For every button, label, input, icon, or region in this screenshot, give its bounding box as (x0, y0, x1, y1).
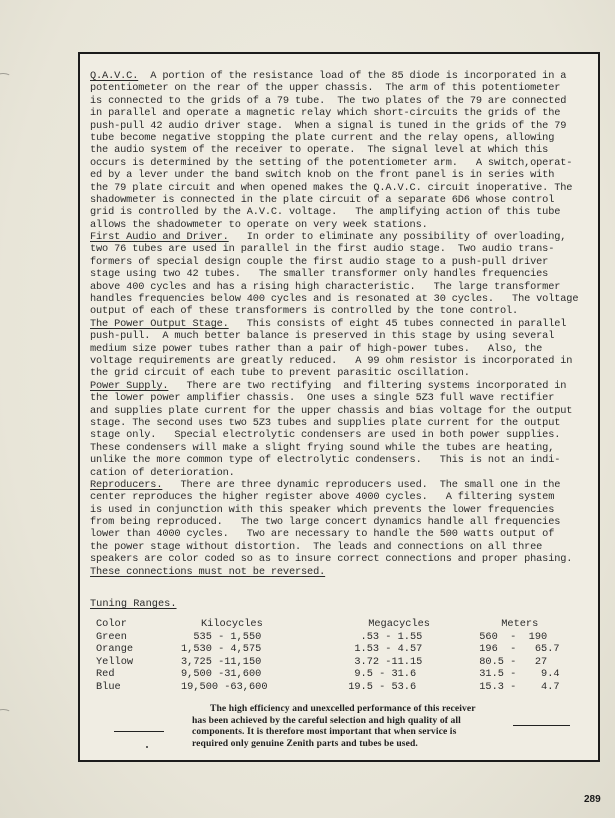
section-text: shadowmeter is connected in the plate ci… (90, 194, 554, 206)
text-line: potentiometer on the rear of the upper c… (90, 82, 595, 94)
punch-hole-bottom (0, 705, 22, 743)
tuning-ranges-heading: Tuning Ranges. (90, 598, 177, 610)
section-text: above 400 cycles and has a rising high c… (90, 281, 560, 293)
cell-color: Yellow (90, 656, 165, 669)
table-row: Blue19,500 -63,60019.5 - 53.615.3 - 4.7 (90, 681, 598, 694)
cell-meters: 31.5 - 9.4 (479, 668, 598, 681)
table-row: Yellow3,725 -11,150 3.72 -11.1580.5 - 27 (90, 656, 598, 669)
cell-color: Green (90, 631, 165, 644)
text-line: Power Supply. There are two rectifying a… (90, 380, 595, 392)
section-text: There are three dynamic reproducers used… (162, 479, 560, 491)
notice-line: required only genuine Zenith parts and t… (192, 738, 492, 750)
text-line: Reproducers. There are three dynamic rep… (90, 479, 595, 491)
section-heading: Reproducers. (90, 479, 162, 491)
section-text: formers of special design couple the fir… (90, 256, 548, 268)
section-text: There are two rectifying and filtering s… (168, 380, 566, 392)
section-text: output of each of these transformers is … (90, 305, 518, 317)
text-line: lower than 4000 cycles. Two are necessar… (90, 528, 595, 540)
section-text: the grid circuit of each tube to prevent… (90, 367, 470, 379)
section-text: handles frequencies below 400 cycles and… (90, 293, 578, 305)
text-line: The Power Output Stage. This consists of… (90, 318, 595, 330)
cell-kilocycles: 19,500 -63,600 (165, 681, 348, 694)
section-text: two 76 tubes are used in parallel in the… (90, 243, 554, 255)
text-line: center reproduces the higher register ab… (90, 491, 595, 503)
cell-meters: 15.3 - 4.7 (479, 681, 598, 694)
table-row: Green 535 - 1,550 .53 - 1.55560 - 190 (90, 631, 598, 644)
section-text: In order to eliminate any possibility of… (229, 231, 567, 243)
text-line: stage. The second uses two 5Z3 tubes and… (90, 417, 595, 429)
section-text: stage only. Special electrolytic condens… (90, 429, 560, 441)
section-text: push-pull. A much better balance is pres… (90, 330, 554, 342)
text-line: stage only. Special electrolytic condens… (90, 429, 595, 441)
text-line: push-pull. A much better balance is pres… (90, 330, 595, 342)
text-line: from being reproduced. The two large con… (90, 516, 595, 528)
page-number: 289 (584, 794, 601, 805)
text-line: stage using two 42 tubes. The smaller tr… (90, 268, 595, 280)
section-heading: The Power Output Stage. (90, 318, 229, 330)
cell-kilocycles: 535 - 1,550 (165, 631, 348, 644)
text-line: the power stage without distortion. The … (90, 541, 595, 553)
text-line: occurs is determined by the setting of t… (90, 157, 595, 169)
cell-color: Red (90, 668, 165, 681)
tuning-ranges-table: Color Kilocycles Megacycles Meters Green… (90, 618, 598, 694)
text-line: First Audio and Driver. In order to elim… (90, 231, 595, 243)
text-line: shadowmeter is connected in the plate ci… (90, 194, 595, 206)
section-text: the audio system of the receiver to oper… (90, 144, 548, 156)
text-line: Q.A.V.C. A portion of the resistance loa… (90, 70, 595, 82)
section-text: unlike the more common type of electroly… (90, 454, 560, 466)
section-text: occurs is determined by the setting of t… (90, 157, 572, 169)
service-notice: The high efficiency and unexcelled perfo… (192, 703, 492, 749)
section-heading: First Audio and Driver. (90, 231, 229, 243)
text-line: These condensers will make a slight fryi… (90, 442, 595, 454)
section-text: tube become negative stopping the plate … (90, 132, 554, 144)
cell-megacycles: 1.53 - 4.57 (348, 643, 479, 656)
cell-megacycles: 3.72 -11.15 (348, 656, 479, 669)
cell-kilocycles: 3,725 -11,150 (165, 656, 348, 669)
text-line: ed by a lever under the band switch knob… (90, 169, 595, 181)
section-text: is connected to the grids of a 79 tube. … (90, 95, 566, 107)
section-text: voltage requirements are greatly reduced… (90, 355, 572, 367)
cell-meters: 80.5 - 27 (479, 656, 598, 669)
text-line: grid is controlled by the A.V.C. voltage… (90, 206, 595, 218)
section-text: center reproduces the higher register ab… (90, 491, 554, 503)
section-text: push-pull 42 audio driver stage. When a … (90, 120, 566, 132)
text-line: cation of deterioration. (90, 467, 595, 479)
text-line: tube become negative stopping the plate … (90, 132, 595, 144)
emphasis-warning: These connections must not be reversed. (90, 566, 325, 578)
text-line: is used in conjunction with this speaker… (90, 504, 595, 516)
text-line: medium size power tubes rather than a pa… (90, 343, 595, 355)
decorative-dot (146, 746, 148, 748)
cell-meters: 560 - 190 (479, 631, 598, 644)
text-line: unlike the more common type of electroly… (90, 454, 595, 466)
text-line: above 400 cycles and has a rising high c… (90, 281, 595, 293)
body-text: Q.A.V.C. A portion of the resistance loa… (90, 70, 595, 578)
section-text: A portion of the resistance load of the … (138, 70, 566, 82)
text-line: These connections must not be reversed. (90, 566, 595, 578)
section-text: the power stage without distortion. The … (90, 541, 542, 553)
section-text: potentiometer on the rear of the upper c… (90, 82, 560, 94)
text-line: voltage requirements are greatly reduced… (90, 355, 595, 367)
decorative-rule-right (513, 725, 570, 726)
document-frame: Q.A.V.C. A portion of the resistance loa… (78, 52, 600, 762)
section-text: stage using two 42 tubes. The smaller tr… (90, 268, 548, 280)
section-text: in parallel and operate a magnetic relay… (90, 107, 560, 119)
section-heading: Power Supply. (90, 380, 168, 392)
cell-megacycles: 19.5 - 53.6 (348, 681, 479, 694)
text-line: the 79 plate circuit and when opened mak… (90, 182, 595, 194)
cell-kilocycles: 1,530 - 4,575 (165, 643, 348, 656)
text-line: two 76 tubes are used in parallel in the… (90, 243, 595, 255)
text-line: push-pull 42 audio driver stage. When a … (90, 120, 595, 132)
section-text: the lower power amplifier chassis. One u… (90, 392, 554, 404)
cell-color: Orange (90, 643, 165, 656)
notice-line: The high efficiency and unexcelled perfo… (192, 703, 492, 715)
section-heading: Q.A.V.C. (90, 70, 138, 82)
cell-kilocycles: 9,500 -31,600 (165, 668, 348, 681)
section-text: stage. The second uses two 5Z3 tubes and… (90, 417, 560, 429)
text-line: the audio system of the receiver to oper… (90, 144, 595, 156)
section-text: is used in conjunction with this speaker… (90, 504, 554, 516)
section-text: lower than 4000 cycles. Two are necessar… (90, 528, 554, 540)
text-line: and supplies plate current for the upper… (90, 405, 595, 417)
decorative-rule-left (114, 731, 164, 732)
notice-line: components. It is therefore most importa… (192, 726, 492, 738)
table-header-row: Color Kilocycles Megacycles Meters (90, 618, 598, 631)
section-text: grid is controlled by the A.V.C. voltage… (90, 206, 560, 218)
text-line: the grid circuit of each tube to prevent… (90, 367, 595, 379)
column-header-kilocycles: Kilocycles (165, 618, 348, 631)
punch-hole-top (0, 69, 22, 107)
section-text: medium size power tubes rather than a pa… (90, 343, 542, 355)
cell-megacycles: .53 - 1.55 (348, 631, 479, 644)
text-line: is connected to the grids of a 79 tube. … (90, 95, 595, 107)
section-text: allows the shadowmeter to operate on ver… (90, 219, 428, 231)
section-text: and supplies plate current for the upper… (90, 405, 572, 417)
table-row: Red9,500 -31,600 9.5 - 31.631.5 - 9.4 (90, 668, 598, 681)
text-line: allows the shadowmeter to operate on ver… (90, 219, 595, 231)
text-line: in parallel and operate a magnetic relay… (90, 107, 595, 119)
cell-megacycles: 9.5 - 31.6 (348, 668, 479, 681)
section-text: speakers are color coded so as to insure… (90, 553, 572, 565)
notice-line: has been achieved by the careful selecti… (192, 715, 492, 727)
cell-meters: 196 - 65.7 (479, 643, 598, 656)
column-header-megacycles: Megacycles (348, 618, 479, 631)
column-header-color: Color (90, 618, 165, 631)
section-text: the 79 plate circuit and when opened mak… (90, 182, 572, 194)
text-line: handles frequencies below 400 cycles and… (90, 293, 595, 305)
text-line: speakers are color coded so as to insure… (90, 553, 595, 565)
cell-color: Blue (90, 681, 165, 694)
text-line: the lower power amplifier chassis. One u… (90, 392, 595, 404)
text-line: formers of special design couple the fir… (90, 256, 595, 268)
section-text: cation of deterioration. (90, 467, 235, 479)
column-header-meters: Meters (479, 618, 598, 631)
section-text: These condensers will make a slight fryi… (90, 442, 554, 454)
table-row: Orange1,530 - 4,575 1.53 - 4.57196 - 65.… (90, 643, 598, 656)
text-line: output of each of these transformers is … (90, 305, 595, 317)
section-text: ed by a lever under the band switch knob… (90, 169, 554, 181)
section-text: from being reproduced. The two large con… (90, 516, 560, 528)
section-text: This consists of eight 45 tubes connecte… (229, 318, 567, 330)
